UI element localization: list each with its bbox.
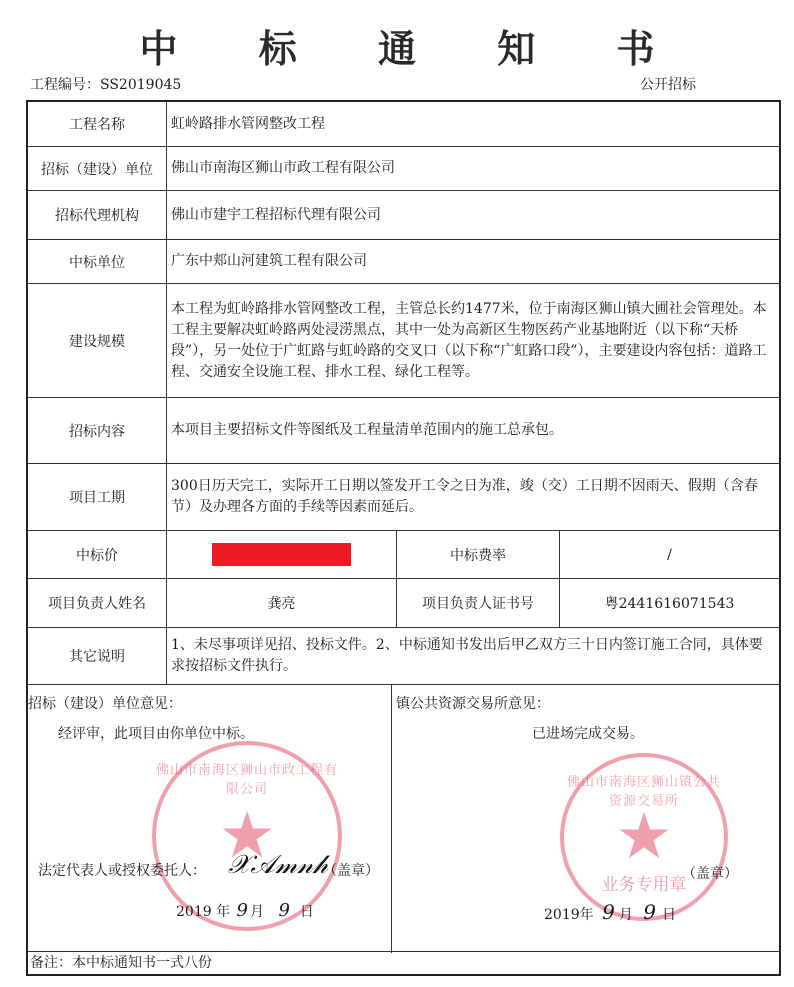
row-label: 其它说明: [28, 628, 167, 684]
seal-label: （盖章）: [323, 860, 379, 880]
row-project-name: 工程名称 虹岭路排水管网整改工程: [28, 102, 779, 147]
seal-text: 佛山市南海区狮山市政工程有限公司: [156, 759, 338, 797]
signature: 𝒳𝒜𝓂𝓃𝒽: [228, 850, 328, 881]
date-month: 9: [237, 900, 248, 921]
opinion-heading: 镇公共资源交易所意见：: [396, 693, 550, 713]
day-label: 日: [300, 904, 314, 920]
row-value: 本工程为虹岭路排水管网整改工程，主管总长约1477米，位于南海区狮山镇大圃社会管…: [167, 284, 779, 397]
row-value: 佛山市建宇工程招标代理有限公司: [167, 191, 779, 239]
row-manager: 项目负责人姓名 龚亮 项目负责人证书号 粤2441616071543: [28, 579, 779, 628]
seal-label: （盖章）: [682, 863, 738, 883]
signer-label: 法定代表人或授权委托人：: [38, 860, 206, 880]
bid-type: 公开招标: [640, 74, 696, 94]
date-month: 9: [602, 900, 615, 924]
star-icon: ★: [615, 805, 672, 869]
project-code: 工程编号：SS2019045: [30, 74, 181, 94]
row-scale: 建设规模 本工程为虹岭路排水管网整改工程，主管总长约1477米，位于南海区狮山镇…: [28, 284, 779, 398]
price-cell: [167, 531, 397, 578]
date-day: 9: [643, 900, 656, 924]
date-line: 2019年 9月 9日: [544, 900, 676, 924]
opinion-text: 经评审，此项目由你单位中标。: [58, 723, 254, 743]
row-label: 中标单位: [28, 240, 167, 283]
manager-name: 龚亮: [167, 579, 397, 627]
row-tenderer: 招标（建设）单位 佛山市南海区狮山市政工程有限公司: [28, 147, 779, 191]
cert-value: 粤2441616071543: [560, 579, 779, 627]
rate-label: 中标费率: [397, 531, 560, 578]
tenderer-opinion: 招标（建设）单位意见： 经评审，此项目由你单位中标。 佛山市南海区狮山市政工程有…: [28, 685, 392, 953]
row-label: 招标（建设）单位: [28, 147, 167, 190]
opinion-heading: 招标（建设）单位意见：: [28, 693, 182, 713]
row-other: 其它说明 1、未尽事项详见招、投标文件。2、中标通知书发出后甲乙双方三十日内签订…: [28, 628, 779, 685]
row-scope: 招标内容 本项目主要招标文件等图纸及工程量清单范围内的施工总承包。: [28, 398, 779, 464]
exchange-opinion: 镇公共资源交易所意见： 已进场完成交易。 佛山市南海区狮山镇公共资源交易所 ★ …: [392, 685, 779, 953]
row-value: 1、未尽事项详见招、投标文件。2、中标通知书发出后甲乙双方三十日内签订施工合同，…: [167, 628, 779, 684]
seal-text: 佛山市南海区狮山镇公共资源交易所: [564, 771, 724, 809]
month-label: 月: [250, 904, 264, 920]
notice-table: 工程名称 虹岭路排水管网整改工程 招标（建设）单位 佛山市南海区狮山市政工程有限…: [26, 100, 781, 976]
row-value: 本项目主要招标文件等图纸及工程量清单范围内的施工总承包。: [167, 398, 779, 463]
document-title: 中 标 通 知 书: [0, 18, 794, 73]
row-duration: 项目工期 300日历天完工，实际开工日期以签发开工令之日为准，竣（交）工日期不因…: [28, 464, 779, 531]
row-label: 招标内容: [28, 398, 167, 463]
date-line: 2019 年 9月 9日: [176, 900, 314, 921]
row-value: 佛山市南海区狮山市政工程有限公司: [167, 147, 779, 190]
footnote: 备注：本中标通知书一式八份: [28, 951, 779, 974]
cert-label: 项目负责人证书号: [397, 579, 560, 627]
date-year: 2019 年: [176, 904, 230, 920]
row-label: 工程名称: [28, 102, 167, 146]
row-label: 建设规模: [28, 284, 167, 397]
redaction-box: [212, 543, 351, 566]
row-value: 广东中郏山河建筑工程有限公司: [167, 240, 779, 283]
row-agency: 招标代理机构 佛山市建宇工程招标代理有限公司: [28, 191, 779, 240]
date-day: 9: [278, 900, 289, 921]
row-label: 招标代理机构: [28, 191, 167, 239]
row-price: 中标价 中标费率 /: [28, 531, 779, 579]
opinion-text: 已进场完成交易。: [532, 723, 644, 743]
row-value: 虹岭路排水管网整改工程: [167, 102, 779, 146]
date-year: 2019年: [544, 907, 594, 923]
row-winner: 中标单位 广东中郏山河建筑工程有限公司: [28, 240, 779, 284]
row-label: 项目工期: [28, 464, 167, 530]
month-label: 月: [619, 907, 633, 923]
exchange-seal-icon: 佛山市南海区狮山镇公共资源交易所 ★ 业务专用章: [560, 753, 728, 921]
day-label: 日: [662, 907, 676, 923]
row-label: 项目负责人姓名: [28, 579, 167, 627]
rate-value: /: [560, 531, 779, 578]
row-value: 300日历天完工，实际开工日期以签发开工令之日为准，竣（交）工日期不因雨天、假期…: [167, 464, 779, 530]
row-label: 中标价: [28, 531, 167, 578]
